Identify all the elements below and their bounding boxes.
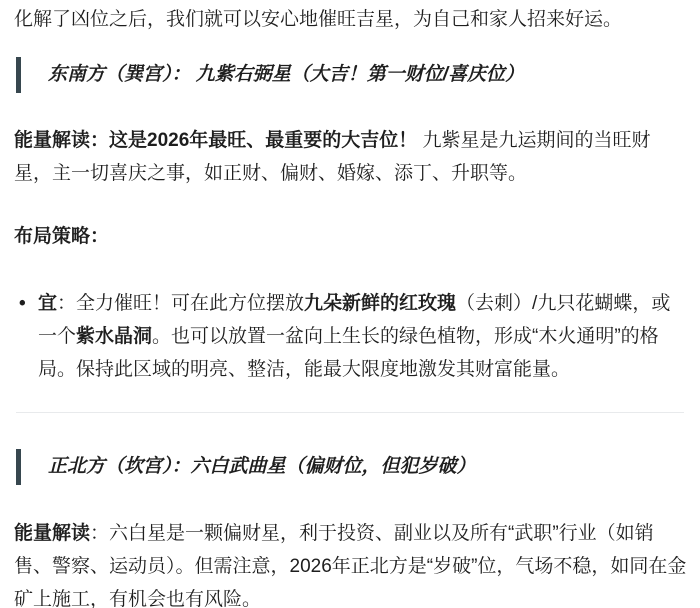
strategy-label: 布局策略： <box>14 220 688 253</box>
energy-reading-north: 能量解读：六白星是一颗偏财星，利于投资、副业以及所有“武职”行业（如销售、警察、… <box>14 517 688 608</box>
bullet-run-1: ：全力催旺！可在此方位摆放 <box>57 293 304 314</box>
energy-reading-north-text: ：六白星是一颗偏财星，利于投资、副业以及所有“武职”行业（如销售、警察、运动员）… <box>14 523 686 608</box>
bullet-text: 宜：全力催旺！可在此方位摆放九朵新鲜的红玫瑰（去刺）/九只花蝴蝶，或一个紫水晶洞… <box>38 287 688 386</box>
document-page: 化解了凶位之后，我们就可以安心地催旺吉星，为自己和家人招来好运。 东南方（巽宫）… <box>0 0 700 608</box>
section-heading-north: 正北方（坎宫）：六白武曲星（偏财位，但犯岁破） <box>16 449 688 485</box>
energy-reading-north-bold: 能量解读 <box>14 523 90 544</box>
bullet-run-yi: 宜 <box>38 293 57 314</box>
bullet-marker: • <box>14 287 38 386</box>
bullet-run-amethyst: 紫水晶洞 <box>76 326 152 347</box>
bullet-run-roses: 九朵新鲜的红玫瑰 <box>304 293 456 314</box>
section-divider <box>16 412 684 413</box>
energy-reading-southeast-bold: 能量解读：这是2026年最旺、最重要的大吉位！ <box>14 130 417 151</box>
section-heading-southeast-label: 东南方（巽宫）： 九紫右弼星（大吉！第一财位/喜庆位） <box>48 64 524 85</box>
section-heading-southeast: 东南方（巽宫）： 九紫右弼星（大吉！第一财位/喜庆位） <box>16 57 688 93</box>
intro-paragraph: 化解了凶位之后，我们就可以安心地催旺吉星，为自己和家人招来好运。 <box>14 3 688 36</box>
list-item: • 宜：全力催旺！可在此方位摆放九朵新鲜的红玫瑰（去刺）/九只花蝴蝶，或一个紫水… <box>14 287 688 386</box>
section-heading-north-label: 正北方（坎宫）：六白武曲星（偏财位，但犯岁破） <box>48 456 476 477</box>
strategy-bullet-list: • 宜：全力催旺！可在此方位摆放九朵新鲜的红玫瑰（去刺）/九只花蝴蝶，或一个紫水… <box>14 287 688 386</box>
energy-reading-southeast: 能量解读：这是2026年最旺、最重要的大吉位！ 九紫星是九运期间的当旺财星，主一… <box>14 124 688 190</box>
